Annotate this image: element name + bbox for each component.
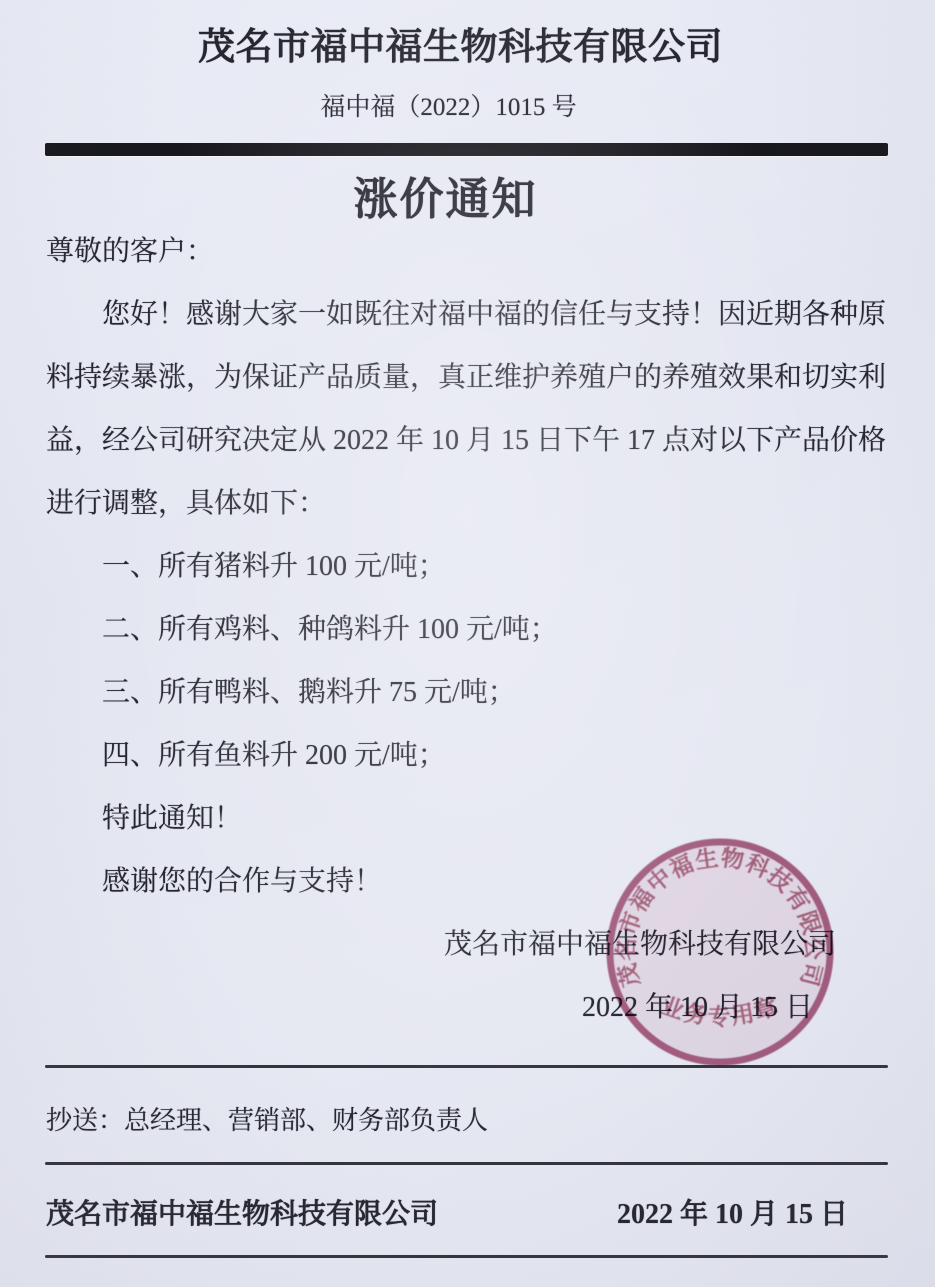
footer-bottom-rule [45, 1255, 888, 1258]
price-item-fish: 四、所有鱼料升 200 元/吨； [46, 724, 895, 787]
paragraph-line: 料持续暴涨，为保证产品质量，真正维护养殖户的养殖效果和切实利 [46, 346, 895, 409]
company-seal-stamp: 茂名市福中福生物科技有限公司 业务专用章 [600, 832, 840, 1072]
footer-row: 茂名市福中福生物科技有限公司 2022 年 10 月 15 日 [46, 1192, 895, 1232]
cc-bottom-rule [45, 1162, 888, 1165]
notice-title: 涨价通知 [0, 163, 913, 227]
price-item-duck-goose: 三、所有鸭料、鹅料升 75 元/吨； [46, 661, 895, 724]
paragraph-line: 您好！感谢大家一如既往对福中福的信任与支持！因近期各种原 [46, 283, 895, 346]
price-item-pig: 一、所有猪料升 100 元/吨； [46, 535, 895, 598]
header-divider-bar [45, 143, 888, 156]
scanned-notice-page: 茂名市福中福生物科技有限公司 福中福（2022）1015 号 涨价通知 尊敬的客… [0, 0, 935, 1287]
footer-date: 2022 年 10 月 15 日 [617, 1192, 848, 1232]
cc-top-rule [45, 1065, 888, 1068]
price-item-chicken-pigeon: 二、所有鸡料、种鸽料升 100 元/吨； [46, 598, 895, 661]
doc-number: 福中福（2022）1015 号 [0, 87, 916, 123]
salutation: 尊敬的客户： [46, 220, 895, 283]
paragraph-line: 进行调整，具体如下： [46, 472, 895, 535]
cc-line: 抄送：总经理、营销部、财务部负责人 [46, 1100, 488, 1137]
footer-company: 茂名市福中福生物科技有限公司 [46, 1192, 438, 1232]
company-title: 茂名市福中福生物科技有限公司 [0, 16, 928, 70]
paragraph-line: 益，经公司研究决定从 2022 年 10 月 15 日下午 17 点对以下产品价… [46, 409, 895, 472]
